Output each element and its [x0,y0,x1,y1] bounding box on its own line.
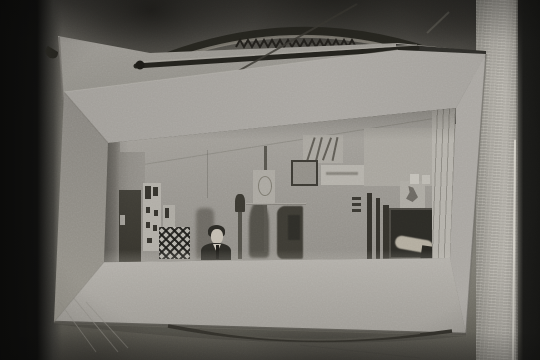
photograph [0,0,540,360]
film-grain-overlay [0,0,540,360]
